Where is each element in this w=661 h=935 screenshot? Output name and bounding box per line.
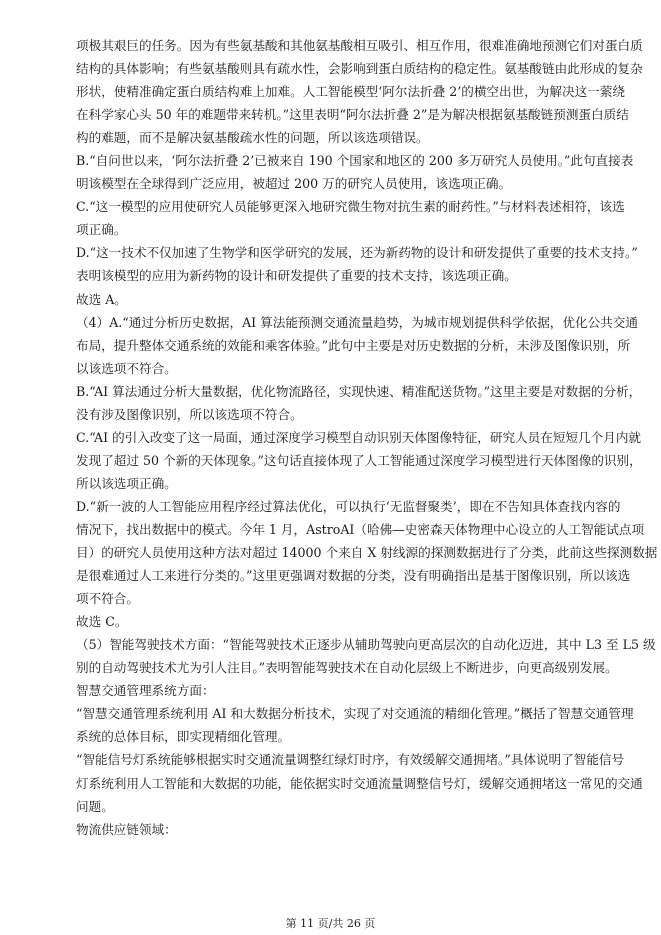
text-line: 所以该选项正确。 <box>76 472 602 495</box>
text-line: “智能信号灯系统能够根据实时交通流量调整红绿灯时序，有效缓解交通拥堵。”具体说明… <box>76 748 602 771</box>
text-line: （4）A.“通过分析历史数据，AI 算法能预测交通流量趋势，为城市规划提供科学依… <box>76 311 602 334</box>
text-line: 明该模型在全球得到广泛应用，被超过 200 万的研究人员使用，该选项正确。 <box>76 172 602 195</box>
text-line: 灯系统利用人工智能和大数据的功能，能依据实时交通流量调整信号灯，缓解交通拥堵这一… <box>76 772 602 795</box>
text-line: “智慧交通管理系统利用 AI 和大数据分析技术，实现了对交通流的精细化管理。”概… <box>76 702 602 725</box>
text-line: 以该选项不符合。 <box>76 357 602 380</box>
text-line: 故选 C。 <box>76 610 602 633</box>
text-line: 形状，使精准确定蛋白质结构难上加难。人工智能模型‘阿尔法折叠 2’的横空出世，为… <box>76 80 602 103</box>
text-line: 是很难通过人工来进行分类的。”这里更强调对数据的分类，没有明确指出是基于图像识别… <box>76 564 602 587</box>
page-number-footer: 第 11 页/共 26 页 <box>0 917 661 931</box>
text-line: 智慧交通管理系统方面： <box>76 679 602 702</box>
document-page: 项极其艰巨的任务。因为有些氨基酸和其他氨基酸相互吸引、相互作用，很难准确地预测它… <box>0 0 661 935</box>
text-line: C.“这一模型的应用使研究人员能够更深入地研究微生物对抗生素的耐药性。”与材料表… <box>76 195 602 218</box>
text-line: 情况下，找出数据中的模式。今年 1 月，AstroAI（哈佛—史密森天体物理中心… <box>76 518 602 541</box>
text-line: B.“自问世以来，‘阿尔法折叠 2’已被来自 190 个国家和地区的 200 多… <box>76 149 602 172</box>
text-line: 没有涉及图像识别，所以该选项不符合。 <box>76 403 602 426</box>
text-line: 发现了超过 50 个新的天体现象。”这句话直接体现了人工智能通过深度学习模型进行… <box>76 449 602 472</box>
text-line: 项极其艰巨的任务。因为有些氨基酸和其他氨基酸相互吸引、相互作用，很难准确地预测它… <box>76 34 602 57</box>
text-line: 项正确。 <box>76 218 602 241</box>
text-line: （5）智能驾驶技术方面：“智能驾驶技术正逐步从辅助驾驶向更高层次的自动化迈进，其… <box>76 633 602 656</box>
text-line: 在科学家心头 50 年的难题带来转机。”这里表明“阿尔法折叠 2”是为解决根据氨… <box>76 103 602 126</box>
text-line: C.“AI 的引入改变了这一局面，通过深度学习模型自动识别天体图像特征，研究人员… <box>76 426 602 449</box>
text-line: D.“新一波的人工智能应用程序经过算法优化，可以执行‘无监督聚类’，即在不告知具… <box>76 495 602 518</box>
text-line: 表明该模型的应用为新药物的设计和研发提供了重要的技术支持，该选项正确。 <box>76 264 602 287</box>
text-line: 布局，提升整体交通系统的效能和乘客体验。”此句中主要是对历史数据的分析，未涉及图… <box>76 334 602 357</box>
text-line: 结构的具体影响；有些氨基酸则具有疏水性，会影响到蛋白质结构的稳定性。氨基酸链由此… <box>76 57 602 80</box>
text-line: 问题。 <box>76 795 602 818</box>
text-line: 构的难题，而不是解决氨基酸疏水性的问题，所以该选项错误。 <box>76 126 602 149</box>
text-line: 项不符合。 <box>76 587 602 610</box>
text-line: 故选 A。 <box>76 288 602 311</box>
text-line: 目）的研究人员使用这种方法对超过 14000 个来自 X 射线源的探测数据进行了… <box>76 541 602 564</box>
document-body: 项极其艰巨的任务。因为有些氨基酸和其他氨基酸相互吸引、相互作用，很难准确地预测它… <box>76 34 602 841</box>
text-line: 物流供应链领域： <box>76 818 602 841</box>
text-line: B.“AI 算法通过分析大量数据，优化物流路径，实现快速、精准配送货物。”这里主… <box>76 380 602 403</box>
text-line: D.“这一技术不仅加速了生物学和医学研究的发展，还为新药物的设计和研发提供了重要… <box>76 241 602 264</box>
text-line: 别的自动驾驶技术尤为引人注目。”表明智能驾驶技术在自动化层级上不断进步，向更高级… <box>76 656 602 679</box>
text-line: 系统的总体目标，即实现精细化管理。 <box>76 725 602 748</box>
